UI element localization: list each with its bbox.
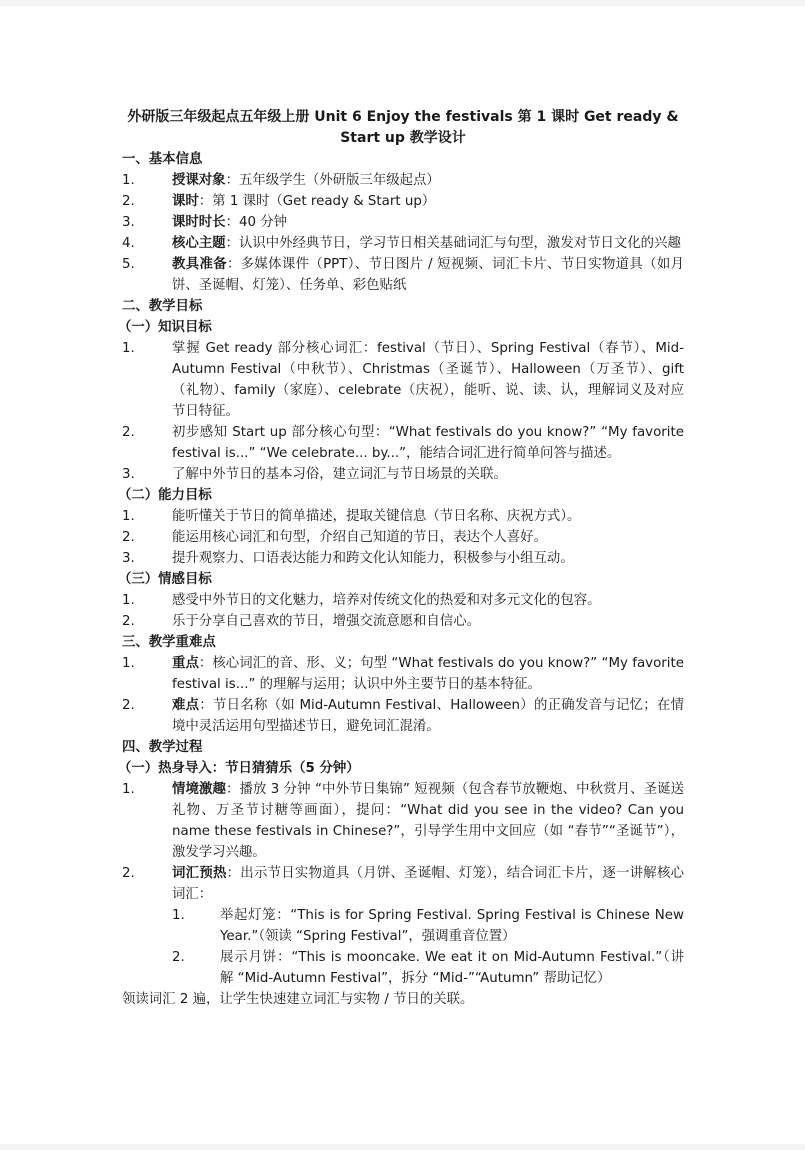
list-number: 2. (172, 947, 185, 968)
item-text: ：认识中外经典节日，学习节日相关基础词汇与句型，激发对节日文化的兴趣 (226, 236, 681, 251)
item-text: ：第 1 课时（Get ready & Start up） (199, 194, 436, 209)
list-number: 1. (122, 170, 135, 191)
list-number: 2. (122, 695, 135, 716)
list-item: 1.授课对象：五年级学生（外研版三年级起点） (122, 170, 684, 191)
list-number: 4. (122, 233, 135, 254)
item-text: ：40 分钟 (226, 215, 287, 230)
item-text: ：出示节日实物道具（月饼、圣诞帽、灯笼），结合词汇卡片，逐一讲解核心词汇： (172, 866, 684, 902)
section-heading-process: 四、教学过程 (122, 737, 684, 758)
list-item: 2.能运用核心词汇和句型，介绍自己知道的节日，表达个人喜好。 (122, 527, 684, 548)
list-number: 1. (122, 338, 135, 359)
item-label: 课时时长 (172, 215, 226, 230)
item-label: 词汇预热 (172, 866, 227, 881)
list-number: 3. (122, 464, 135, 485)
list-item: 1.感受中外节日的文化魅力，培养对传统文化的热爱和对多元文化的包容。 (122, 590, 684, 611)
document-content: 外研版三年级起点五年级上册 Unit 6 Enjoy the festivals… (122, 107, 684, 1010)
closing-paragraph: 领读词汇 2 遍，让学生快速建立词汇与实物 / 节日的关联。 (122, 989, 684, 1010)
subsection-heading-emotion: （三）情感目标 (118, 569, 684, 590)
item-text: 提升观察力、口语表达能力和跨文化认知能力，积极参与小组互动。 (172, 551, 574, 566)
list-item: 1.重点：核心词汇的音、形、义；句型 “What festivals do yo… (122, 653, 684, 695)
list-item: 2.课时：第 1 课时（Get ready & Start up） (122, 191, 684, 212)
list-item: 2.初步感知 Start up 部分核心句型：“What festivals d… (122, 422, 684, 464)
list-item: 1.能听懂关于节日的简单描述，提取关键信息（节日名称、庆祝方式）。 (122, 506, 684, 527)
subsection-heading-ability: （二）能力目标 (118, 485, 684, 506)
list-number: 1. (172, 905, 185, 926)
subsection-heading-warmup: （一）热身导入：节日猜猜乐（5 分钟） (118, 758, 684, 779)
list-number: 2. (122, 422, 135, 443)
section-heading-goals: 二、教学目标 (122, 296, 684, 317)
item-label: 教具准备 (172, 257, 227, 272)
list-item: 2.词汇预热：出示节日实物道具（月饼、圣诞帽、灯笼），结合词汇卡片，逐一讲解核心… (122, 863, 684, 905)
item-label: 情境激趣 (172, 782, 226, 797)
item-text: 能运用核心词汇和句型，介绍自己知道的节日，表达个人喜好。 (172, 530, 547, 545)
list-item: 2.乐于分享自己喜欢的节日，增强交流意愿和自信心。 (122, 611, 684, 632)
list-number: 2. (122, 611, 135, 632)
list-item: 1.情境激趣：播放 3 分钟 “中外节日集锦” 短视频（包含春节放鞭炮、中秋赏月… (122, 779, 684, 863)
item-text: 能听懂关于节日的简单描述，提取关键信息（节日名称、庆祝方式）。 (172, 509, 580, 524)
list-number: 1. (122, 506, 135, 527)
item-text: 初步感知 Start up 部分核心句型：“What festivals do … (172, 425, 684, 461)
list-item: 3.课时时长：40 分钟 (122, 212, 684, 233)
item-text: ：多媒体课件（PPT）、节日图片 / 短视频、词汇卡片、节日实物道具（如月饼、圣… (172, 257, 684, 293)
sub-list-item: 2.展示月饼：“This is mooncake. We eat it on M… (122, 947, 684, 989)
item-text: ：节日名称（如 Mid-Autumn Festival、Halloween）的正… (172, 698, 684, 734)
item-text: 展示月饼：“This is mooncake. We eat it on Mid… (220, 950, 684, 986)
subsection-heading-knowledge: （一）知识目标 (118, 317, 684, 338)
section-heading-key-points: 三、教学重难点 (122, 632, 684, 653)
section-heading-basic-info: 一、基本信息 (122, 149, 684, 170)
item-label: 核心主题 (172, 236, 226, 251)
item-text: ：五年级学生（外研版三年级起点） (226, 173, 440, 188)
item-label: 难点 (172, 698, 199, 713)
item-text: 举起灯笼：“This is for Spring Festival. Sprin… (220, 908, 684, 944)
list-item: 3.了解中外节日的基本习俗，建立词汇与节日场景的关联。 (122, 464, 684, 485)
list-number: 2. (122, 863, 135, 884)
list-item: 3.提升观察力、口语表达能力和跨文化认知能力，积极参与小组互动。 (122, 548, 684, 569)
list-item: 5.教具准备：多媒体课件（PPT）、节日图片 / 短视频、词汇卡片、节日实物道具… (122, 254, 684, 296)
list-number: 1. (122, 779, 135, 800)
list-item: 2.难点：节日名称（如 Mid-Autumn Festival、Hallowee… (122, 695, 684, 737)
list-number: 2. (122, 527, 135, 548)
item-text: ：核心词汇的音、形、义；句型 “What festivals do you kn… (172, 656, 684, 692)
list-number: 5. (122, 254, 135, 275)
list-number: 1. (122, 653, 135, 674)
list-number: 1. (122, 590, 135, 611)
list-number: 3. (122, 548, 135, 569)
item-label: 授课对象 (172, 173, 226, 188)
document-page: 外研版三年级起点五年级上册 Unit 6 Enjoy the festivals… (0, 6, 805, 1144)
list-number: 3. (122, 212, 135, 233)
list-number: 2. (122, 191, 135, 212)
list-item: 1.掌握 Get ready 部分核心词汇：festival（节日）、Sprin… (122, 338, 684, 422)
item-label: 重点 (172, 656, 199, 671)
sub-list-item: 1.举起灯笼：“This is for Spring Festival. Spr… (122, 905, 684, 947)
item-text: 感受中外节日的文化魅力，培养对传统文化的热爱和对多元文化的包容。 (172, 593, 601, 608)
list-item: 4.核心主题：认识中外经典节日，学习节日相关基础词汇与句型，激发对节日文化的兴趣 (122, 233, 684, 254)
item-text: 了解中外节日的基本习俗，建立词汇与节日场景的关联。 (172, 467, 507, 482)
item-label: 课时 (172, 194, 199, 209)
item-text: 掌握 Get ready 部分核心词汇：festival（节日）、Spring … (172, 341, 684, 419)
item-text: 乐于分享自己喜欢的节日，增强交流意愿和自信心。 (172, 614, 480, 629)
item-text: ：播放 3 分钟 “中外节日集锦” 短视频（包含春节放鞭炮、中秋赏月、圣诞送礼物… (172, 782, 684, 860)
document-title: 外研版三年级起点五年级上册 Unit 6 Enjoy the festivals… (122, 107, 684, 149)
